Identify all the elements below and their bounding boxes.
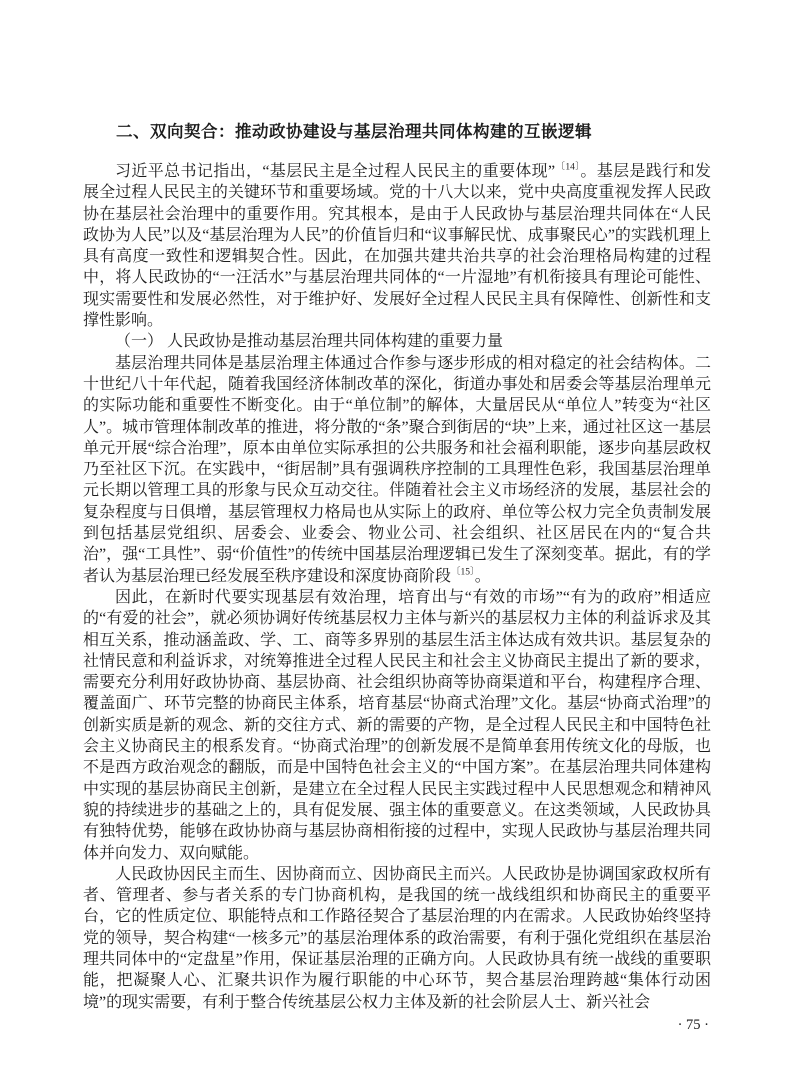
subsection-heading: （一） 人民政协是推动基层治理共同体构建的重要力量 xyxy=(83,331,711,352)
paragraph: 人民政协因民主而生、因协商而立、因协商民主而兴。人民政协是协调国家政权所有者、管… xyxy=(83,864,711,1013)
text-run: 基层治理共同体是基层治理主体通过合作参与逐步形成的相对稳定的社会结构体。二十世纪… xyxy=(83,355,711,585)
article-content: 二、双向契合：推动政协建设与基层治理共同体构建的互嵌逻辑 习近平总书记指出，“基… xyxy=(83,121,711,1013)
text-run: 人民政协因民主而生、因协商而立、因协商民主而兴。人民政协是协调国家政权所有者、管… xyxy=(83,866,711,1011)
page-number: · 75 · xyxy=(678,1016,709,1034)
footnote-ref: 〔14〕 xyxy=(555,163,580,173)
paragraph: 基层治理共同体是基层治理主体通过合作参与逐步形成的相对稳定的社会结构体。二十世纪… xyxy=(83,353,711,587)
section-heading: 二、双向契合：推动政协建设与基层治理共同体构建的互嵌逻辑 xyxy=(83,121,711,143)
paragraph: 习近平总书记指出，“基层民主是全过程人民民主的重要体现”〔14〕。基层是践行和发… xyxy=(83,161,711,331)
document-page: 二、双向契合：推动政协建设与基层治理共同体构建的互嵌逻辑 习近平总书记指出，“基… xyxy=(0,0,793,1077)
text-run: 。基层是践行和发展全过程人民民主的关键环节和重要场域。党的十八大以来，党中央高度… xyxy=(83,163,711,329)
footnote-ref: 〔15〕 xyxy=(451,567,475,577)
paragraph: 因此，在新时代要实现基层有效治理，培育出与“有效的市场”“有为的政府”相适应的“… xyxy=(83,587,711,864)
text-run: 因此，在新时代要实现基层有效治理，培育出与“有效的市场”“有为的政府”相适应的“… xyxy=(83,589,711,862)
text-run: 。 xyxy=(475,568,491,585)
text-run: 习近平总书记指出，“基层民主是全过程人民民主的重要体现” xyxy=(115,163,555,180)
